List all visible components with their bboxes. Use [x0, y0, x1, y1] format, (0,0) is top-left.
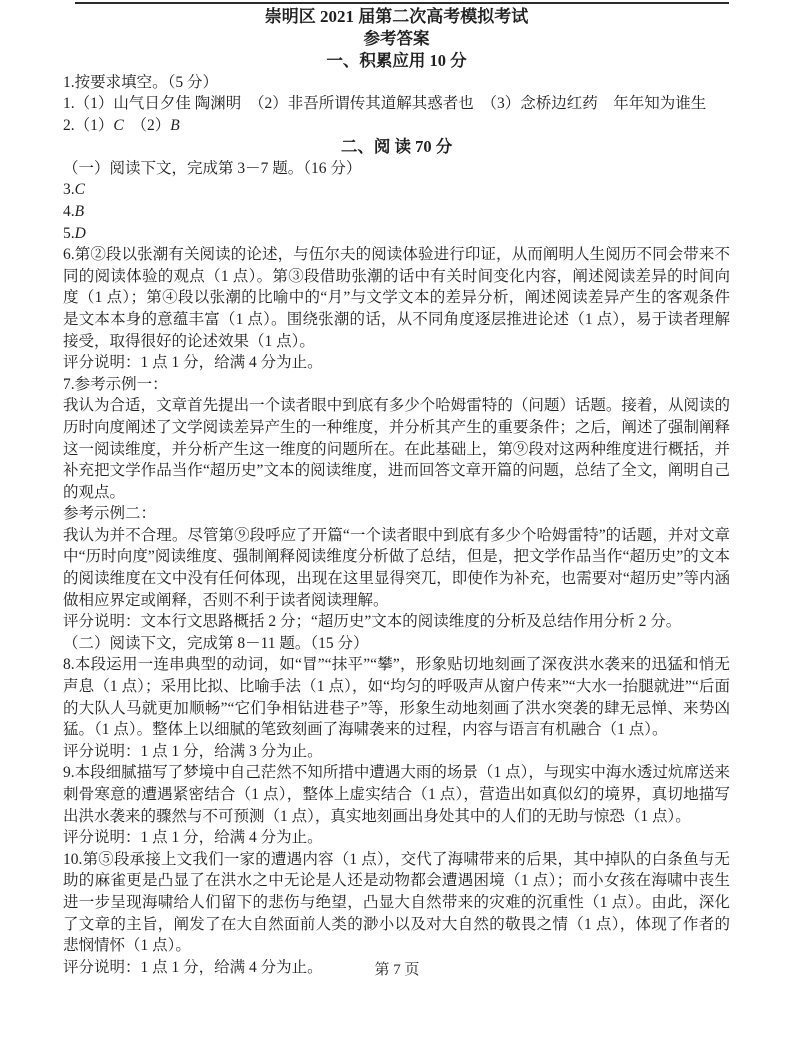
q7-scoring-note: 评分说明：文本行文思路概括 2 分；“超历史”文本的阅读维度的分析及总结作用分析… — [63, 611, 730, 633]
q7-example1: 我认为合适，文章首先提出一个读者眼中到底有多少个哈姆雷特的（问题）话题。接着，从… — [63, 395, 730, 503]
q6-scoring-note: 评分说明：1 点 1 分，给满 4 分为止。 — [63, 352, 730, 374]
page-number: 第 7 页 — [0, 958, 794, 979]
q4-choice: B — [75, 203, 84, 220]
section-heading-accumulation: 一、积累应用 10 分 — [63, 50, 730, 72]
q5-answer-line: 5.D — [63, 223, 730, 245]
q2-prefix-2: （2） — [124, 117, 171, 134]
q6-answer: 6.第②段以张潮有关阅读的论述，与伍尔夫的阅读体验进行印证，从而阐明人生阅历不同… — [63, 244, 730, 352]
q1-answer: 1.（1）山气日夕佳 陶渊明 （2）非吾所谓传其道解其惑者也 （3）念桥边红药 … — [63, 93, 730, 115]
q2-prefix-1: 2.（1） — [63, 117, 113, 134]
q10-answer: 10.第⑤段承接上文我们一家的遭遇内容（1 点），交代了海啸带来的后果，其中掉队… — [63, 849, 730, 957]
section-heading-reading: 二、阅 读 70 分 — [63, 136, 730, 158]
part1-intro: （一）阅读下文，完成第 3－7 题。（16 分） — [63, 158, 730, 180]
q9-answer: 9.本段细腻描写了梦境中自己茫然不知所措中遭遇大雨的场景（1 点），与现实中海水… — [63, 762, 730, 827]
q3-choice: C — [75, 181, 85, 198]
q7-label: 7.参考示例一： — [63, 374, 730, 396]
doc-title: 崇明区 2021 届第二次高考模拟考试 — [63, 5, 730, 28]
q7-example2: 我认为并不合理。尽管第⑨段呼应了开篇“一个读者眼中到底有多少个哈姆雷特”的话题，… — [63, 525, 730, 611]
q9-scoring-note: 评分说明：1 点 1 分，给满 4 分为止。 — [63, 827, 730, 849]
q2-choice-2: B — [170, 117, 179, 134]
q4-answer-line: 4.B — [63, 201, 730, 223]
header-rule — [75, 2, 729, 4]
document-page: 崇明区 2021 届第二次高考模拟考试 参考答案 一、积累应用 10 分 1.按… — [63, 5, 730, 978]
q2-answer-line: 2.（1）C （2）B — [63, 115, 730, 137]
q3-answer-line: 3.C — [63, 179, 730, 201]
q5-number: 5. — [63, 225, 75, 242]
q1-instruction: 1.按要求填空。（5 分） — [63, 72, 730, 94]
q7-example2-label: 参考示例二： — [63, 503, 730, 525]
q8-scoring-note: 评分说明：1 点 1 分，给满 3 分为止。 — [63, 741, 730, 763]
q8-answer: 8.本段运用一连串典型的动词，如“冒”“抹平”“攀”，形象贴切地刻画了深夜洪水袭… — [63, 654, 730, 740]
q3-number: 3. — [63, 181, 75, 198]
part2-intro: （二）阅读下文，完成第 8－11 题。（15 分） — [63, 633, 730, 655]
q5-choice: D — [75, 225, 86, 242]
doc-subtitle: 参考答案 — [63, 28, 730, 50]
q2-choice-1: C — [113, 117, 123, 134]
q4-number: 4. — [63, 203, 75, 220]
